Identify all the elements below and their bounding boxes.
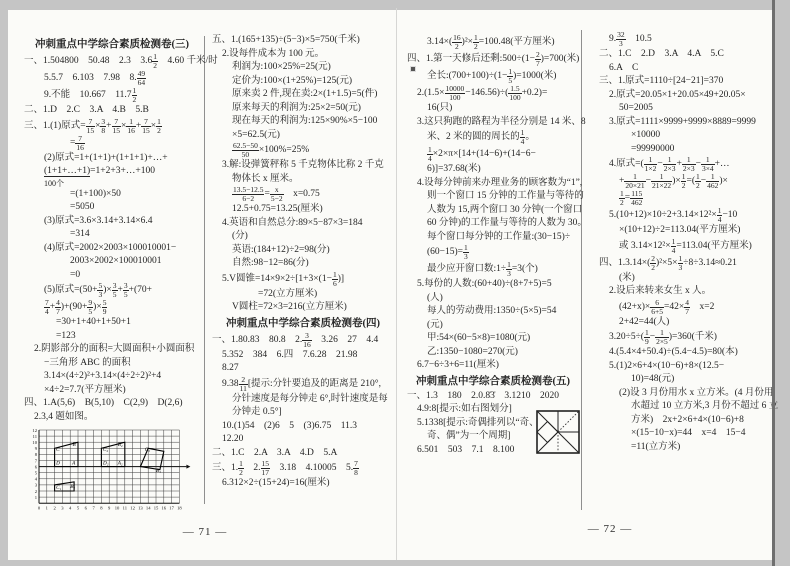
answer-line: 3.解:设弹簧秤称 5 千克物体比称 2 千克 <box>212 159 394 173</box>
svg-text:7: 7 <box>92 506 95 511</box>
answer-line: (60−15)=13 <box>407 244 579 261</box>
fraction: 35 <box>112 282 118 299</box>
svg-text:4: 4 <box>69 506 72 511</box>
section-title: 冲刺重点中学综合素质检测卷(四) <box>212 315 394 332</box>
svg-text:8: 8 <box>100 506 103 511</box>
answer-line: (4)原式=2002×2003×100010001− <box>24 242 200 256</box>
svg-text:C₁: C₁ <box>56 485 61 491</box>
svg-text:B₃: B₃ <box>156 468 161 474</box>
fraction: 47 <box>55 299 61 316</box>
svg-text:6: 6 <box>35 464 38 469</box>
answer-line: 50=2005 <box>599 102 775 116</box>
answer-line: +120×21−121×22)×12=(12−1462)× <box>599 173 775 190</box>
answer-line: 5.(1)2×6+4×(10−6)+8×(12.5− <box>599 360 775 374</box>
answer-line: 三、1.(1)原式=715×38+715×116+715×12 <box>24 118 200 135</box>
column-divider-page72 <box>581 30 582 510</box>
answer-line: 利润为:100×25%=25(元) <box>212 61 394 75</box>
fraction: 12 <box>619 190 625 207</box>
fraction: 78 <box>353 460 359 477</box>
fraction: 11×2 <box>644 156 658 173</box>
answer-line: 米、2 米的圆的周长的14。 <box>407 129 579 146</box>
answer-line: 6.7−6÷3+6=11(厘米) <box>407 359 579 373</box>
fraction: 19 <box>644 329 650 346</box>
book-edge-shadow <box>772 0 775 566</box>
fraction: 715 <box>141 118 151 135</box>
text-column-1: 冲刺重点中学综合素质检测卷(三)一、1.504800 50.48 2.3 3.6… <box>24 36 200 519</box>
svg-text:16: 16 <box>162 506 167 511</box>
answer-line: 自然:98−12=86(分) <box>212 257 394 271</box>
svg-text:A: A <box>71 460 76 466</box>
svg-text:13: 13 <box>138 506 143 511</box>
fraction: 14 <box>427 146 433 163</box>
fraction: 14 <box>520 129 526 146</box>
fraction: 74 <box>44 299 50 316</box>
answer-line: =0 <box>24 269 200 283</box>
answer-line: 6)]=37.68(米) <box>407 163 579 177</box>
fraction: 12 <box>156 118 162 135</box>
fraction: 12×3 <box>663 156 677 173</box>
svg-text:5: 5 <box>35 471 38 476</box>
fraction: 13 <box>506 261 512 278</box>
answer-line: 10)=48(元) <box>599 373 775 387</box>
answer-line: 2.阴影部分的面积=大圆面积+小圆面积 <box>24 343 200 357</box>
coordinate-grid-figure: 0123456789101112131415161718123456789101… <box>28 427 200 519</box>
answer-line: 原来卖 2 件,现在卖:2×(1+1.5)=5(件) <box>212 88 394 102</box>
fraction: 121×22 <box>651 173 672 190</box>
fraction: 62.5−5050 <box>232 142 259 159</box>
answer-line: 则一个窗口 15 分钟的工作量与等待的 <box>407 190 579 204</box>
answer-line: 一、1.504800 50.48 2.3 3.612 4.60 千米/时 <box>24 53 200 70</box>
fraction: 12×5 <box>655 329 669 346</box>
answer-line: 2.设每件成本为 100 元。 <box>212 48 394 62</box>
svg-text:1: 1 <box>46 506 49 511</box>
svg-text:3: 3 <box>61 506 64 511</box>
answer-line: 五、1.(165+135)÷(5−3)×5=750(千米) <box>212 34 394 48</box>
svg-text:5: 5 <box>77 506 80 511</box>
answer-line: 现在每天的利润为:125×90%×5−100 <box>212 115 394 129</box>
answer-line: 5.V圆锥=14×9×2÷[1+3×(1−16)] <box>212 271 394 288</box>
svg-text:10: 10 <box>32 440 37 445</box>
answer-line: (米) <box>599 272 775 286</box>
answer-line: 三、1.原式=1110÷[24−21]=370 <box>599 75 775 89</box>
answer-line: 一、1.80.83 80.8 2.316 3.26 27 4.4 <box>212 332 394 349</box>
fraction: 12 <box>681 173 687 190</box>
answer-line: 12=115462 <box>599 190 775 207</box>
page-boundary-line <box>396 8 397 560</box>
answer-line: =5050 <box>24 201 200 215</box>
svg-text:3: 3 <box>35 483 38 488</box>
fraction: 22 <box>650 255 656 272</box>
answer-line: 4.英语和自然总分:89×5−87×3=184 <box>212 217 394 231</box>
answer-line: 人数为 15,两个窗口 30 分钟(一个窗口 <box>407 204 579 218</box>
answer-line: 6.A C <box>599 62 775 76</box>
answer-line: 2.原式=20.05×1+20.05×49+20.05× <box>599 89 775 103</box>
svg-text:9: 9 <box>108 506 111 511</box>
fraction: 16 <box>332 271 338 288</box>
fraction: 27 <box>535 51 541 68</box>
answer-line: (1+1+…+1)=1+2+3+…+100 <box>24 165 200 179</box>
fraction: 35 <box>123 282 129 299</box>
answer-line: ×(10+12)÷2=113.04(平方厘米) <box>599 224 775 238</box>
answer-line: 12.5+0.75=13.25(厘米) <box>212 203 394 217</box>
answer-line: 四、1.3.14×(22)²×5×13÷8÷3.14≈0.21 <box>599 255 775 272</box>
svg-text:B₁: B₁ <box>70 484 75 490</box>
answer-line: 4.(5.4×4+50.4)÷(5.4−4.5)=80(本) <box>599 346 775 360</box>
answer-line: =30+1+40+1+50+1 <box>24 316 200 330</box>
scanned-answer-book-spread: 冲刺重点中学综合素质检测卷(三)一、1.504800 50.48 2.3 3.6… <box>0 0 790 566</box>
fraction: 211 <box>239 376 248 393</box>
answer-line: 方米) 2x+2×6+4×(10−6)+8 <box>599 414 775 428</box>
column-divider-page71 <box>204 36 205 504</box>
square-svg <box>535 409 581 455</box>
fraction: 95 <box>87 299 93 316</box>
fraction: 13 <box>678 255 684 272</box>
svg-text:2: 2 <box>35 489 38 494</box>
answer-line: 9.38211[提示:分针要追及的距离是 210°, <box>212 376 394 393</box>
fraction: 59 <box>102 299 108 316</box>
answer-line: 二、1.C 2.A 3.A 4.D 5.A <box>212 447 394 461</box>
fraction: 12×3 <box>682 156 696 173</box>
svg-text:1: 1 <box>35 495 38 500</box>
answer-line: =716 <box>24 135 200 152</box>
page-number-71: — 71 — <box>55 526 355 538</box>
fraction: 120×21 <box>624 173 645 190</box>
fraction: 12 <box>473 34 479 51</box>
fraction: 12 <box>695 173 701 190</box>
answer-line: 水超过 10 立方米,3 月份不超过 6 立 <box>599 400 775 414</box>
fraction: 14 <box>717 207 723 224</box>
answer-line: 9.不能 10.667 11.712 <box>24 87 200 104</box>
svg-text:11: 11 <box>123 506 128 511</box>
answer-line: 9.323 10.5 <box>599 31 775 48</box>
answer-line: 乙:1350−1080=270(元) <box>407 346 579 360</box>
answer-line: 四、1.A(5,6) B(5,10) C(2,9) D(2,6) <box>24 397 200 411</box>
fraction: 4964 <box>137 70 147 87</box>
fraction: 66+5 <box>650 299 664 316</box>
svg-text:15: 15 <box>154 506 159 511</box>
answer-line: −三角形 ABC 的面积 <box>24 357 200 371</box>
answer-line: 3.14×(162)²×12=100.48(平方厘米) <box>407 34 579 51</box>
answer-line: =(1+100)×50 <box>24 188 200 202</box>
fraction: 715 <box>86 118 96 135</box>
answer-line: 2003×2002×100010001 <box>24 255 200 269</box>
fraction: 316 <box>302 332 312 349</box>
answer-line: (人) <box>407 292 579 306</box>
svg-text:12: 12 <box>32 428 37 433</box>
answer-line: 原来每天的利润为:25×2=50(元) <box>212 102 394 116</box>
fraction: 1517 <box>261 460 271 477</box>
answer-line: 6.312×2÷(15+24)=16(厘米) <box>212 477 394 491</box>
fraction: 162 <box>452 34 462 51</box>
answer-line: ×5=62.5(元) <box>212 129 394 143</box>
grid-svg: 0123456789101112131415161718123456789101… <box>28 427 193 513</box>
svg-text:17: 17 <box>169 506 174 511</box>
answer-line: 14×2×π×[14+(14−6)+(14−6− <box>407 146 579 163</box>
svg-text:10: 10 <box>115 506 120 511</box>
svg-text:C: C <box>56 447 60 453</box>
answer-line: 一、1.3 180 2.0.8̇3̇ 3.1210 2020 <box>407 390 579 404</box>
answer-line: 10.(1)54 (2)6 5 (3)6.75 11.3 <box>212 420 394 434</box>
svg-text:18: 18 <box>177 506 182 511</box>
answer-line: 100个 <box>24 179 200 188</box>
fraction: 13 <box>463 244 469 261</box>
fraction: 14 <box>671 238 677 255</box>
fraction: 12 <box>152 53 158 70</box>
answer-line: 分针速度是每分钟走 6°,时针速度是每 <box>212 393 394 407</box>
answer-line: 二、1.C 2.D 3.A 4.A 5.C <box>599 48 775 62</box>
fraction: 1462 <box>706 173 719 190</box>
fraction: 716 <box>75 135 85 152</box>
fraction: x5−2 <box>270 186 284 203</box>
answer-line: 5.5.7 6.103 7.98 8.4964 <box>24 70 200 87</box>
answer-line: 5.352 384 6.四 7.6.28 21.98 <box>212 349 394 363</box>
fraction: 12 <box>238 460 244 477</box>
svg-text:A₂: A₂ <box>117 460 123 466</box>
answer-line: 每人的劳动费用:1350÷(5×5)=54 <box>407 305 579 319</box>
fraction: 53 <box>97 282 103 299</box>
svg-text:7: 7 <box>35 458 38 463</box>
answer-line: 8.27 <box>212 362 394 376</box>
answer-line: =314 <box>24 228 200 242</box>
answer-line: 13.5−12.56−2=x5−2 x=0.75 <box>212 186 394 203</box>
svg-text:D: D <box>55 460 60 466</box>
answer-line: 3.原式=1111×9999+9999×8889=9999 <box>599 116 775 130</box>
answer-line: 60 分钟)的工作量与等待的人数为 30。 <box>407 217 579 231</box>
answer-line: (元) <box>407 319 579 333</box>
answer-line: ×(15−10−x)=44 x=4 15−4 <box>599 427 775 441</box>
fraction: 1.5100 <box>508 85 521 102</box>
fraction: 715 <box>112 118 122 135</box>
page-number-72: — 72 — <box>460 523 760 535</box>
fraction: 13.5−12.56−2 <box>232 186 264 203</box>
answer-line: 74+47)+(90+95)×59 <box>24 299 200 316</box>
text-column-2: 五、1.(165+135)÷(5−3)×5=750(千米)2.设每件成本为 10… <box>212 34 394 491</box>
svg-text:11: 11 <box>33 434 38 439</box>
svg-text:6: 6 <box>85 506 88 511</box>
answer-line: 3.这只狗跑的路程为半径分别是 14 米、8 <box>407 116 579 130</box>
fraction: 115462 <box>630 190 643 207</box>
text-column-3: 3.14×(162)²×12=100.48(平方厘米)四、1.第一天修后还剩:5… <box>407 34 579 457</box>
answer-line: 最少应开窗口数:1÷13=3(个) <box>407 261 579 278</box>
svg-text:C₃: C₃ <box>145 447 150 453</box>
answer-line: 2.设后来转来女生 x 人。 <box>599 285 775 299</box>
section-title: 冲刺重点中学综合素质检测卷(三) <box>24 36 200 53</box>
answer-line: 5.每份的人数:(60+40)÷(8+7+5)=5 <box>407 278 579 292</box>
answer-line: =11(立方米) <box>599 441 775 455</box>
answer-line: 3.14×(4÷2)²+3.14×(4÷2÷2)²+4 <box>24 370 200 384</box>
answer-line: (分) <box>212 230 394 244</box>
answer-line: 2+42=44(人) <box>599 316 775 330</box>
fraction: 12 <box>132 87 138 104</box>
answer-line: =123 <box>24 330 200 344</box>
answer-line: 每个窗口每分钟的工作量:(30−15)÷ <box>407 231 579 245</box>
answer-line: 12.20 <box>212 433 394 447</box>
answer-line: 4.原式=(11×2−12×3+12×3−13×4+… <box>599 156 775 173</box>
answer-line: 甲:54×(60−5×8)=1080(元) <box>407 332 579 346</box>
text-column-4: 9.323 10.5二、1.C 2.D 3.A 4.A 5.C6.A C三、1.… <box>599 31 775 454</box>
answer-line: ×10000 <box>599 129 775 143</box>
answer-line: 定价为:100×(1+25%)=125(元) <box>212 75 394 89</box>
answer-line: 3.20÷5÷(19−12×5)=360(千米) <box>599 329 775 346</box>
answer-line: =72(立方厘米) <box>212 288 394 302</box>
answer-line: 2.3,4 题如图。 <box>24 411 200 425</box>
svg-text:8: 8 <box>35 452 38 457</box>
answer-line: 4.设每分钟前来办理业务的顾客数为“1”, <box>407 177 579 191</box>
svg-text:B₂: B₂ <box>118 442 123 448</box>
answer-line: 三、1.12 2.1517 3.18 4.10005 5.78 <box>212 460 394 477</box>
answer-line: 四、1.第一天修后还剩:500÷(1−27)=700(米) <box>407 51 579 68</box>
svg-text:D₂: D₂ <box>102 460 109 466</box>
answer-line: 全长:(700+100)÷(1−15)=1000(米) <box>407 68 579 85</box>
fraction: 47 <box>684 299 690 316</box>
answer-line: =99990000 <box>599 143 775 157</box>
fraction: 38 <box>100 118 106 135</box>
answer-line: V圆柱=72×3=216(立方厘米) <box>212 301 394 315</box>
svg-text:14: 14 <box>146 506 151 511</box>
fraction: 323 <box>616 31 626 48</box>
answer-line: 或 3.14×12²×14=113.04(平方厘米) <box>599 238 775 255</box>
answer-line: 5.(10+12)×10÷2+3.14×12²×14−10 <box>599 207 775 224</box>
section-title: 冲刺重点中学综合素质检测卷(五) <box>407 373 579 390</box>
svg-text:9: 9 <box>35 446 38 451</box>
fraction: 10000100 <box>445 85 466 102</box>
svg-text:2: 2 <box>53 506 56 511</box>
answer-line: (2)原式=1+(1+1)+(1+1+1)+…+ <box>24 152 200 166</box>
svg-text:0: 0 <box>38 506 41 511</box>
answer-line: ×4÷2=7.7(平方厘米) <box>24 384 200 398</box>
answer-line: 二、1.D 2.C 3.A 4.B 5.B <box>24 104 200 118</box>
fraction: 116 <box>126 118 136 135</box>
answer-line: (3)原式=3.6×3.14+3.14×6.4 <box>24 215 200 229</box>
answer-line: 英语:(184+12)÷2=98(分) <box>212 244 394 258</box>
svg-text:4: 4 <box>35 477 38 482</box>
answer-line: (2)设 3 月份用水 x 立方米。(4 月份用 <box>599 387 775 401</box>
answer-line: (42+x)×66+5=42×47 x=2 <box>599 299 775 316</box>
answer-line: 62.5−5050×100%=25% <box>212 142 394 159</box>
answer-line: 16(只) <box>407 102 579 116</box>
svg-text:12: 12 <box>130 506 135 511</box>
svg-text:C₂: C₂ <box>103 447 108 453</box>
answer-line: 分钟走 0.5°] <box>212 406 394 420</box>
answer-line: 物体长 x 厘米。 <box>212 173 394 187</box>
answer-line: 2.(1.5×10000100−146.56)÷(1.5100+0.2)= <box>407 85 579 102</box>
answer-line: (5)原式=(50+53)×35+35+(70+ <box>24 282 200 299</box>
fraction: 13×4 <box>701 156 715 173</box>
fraction: 15 <box>507 68 513 85</box>
